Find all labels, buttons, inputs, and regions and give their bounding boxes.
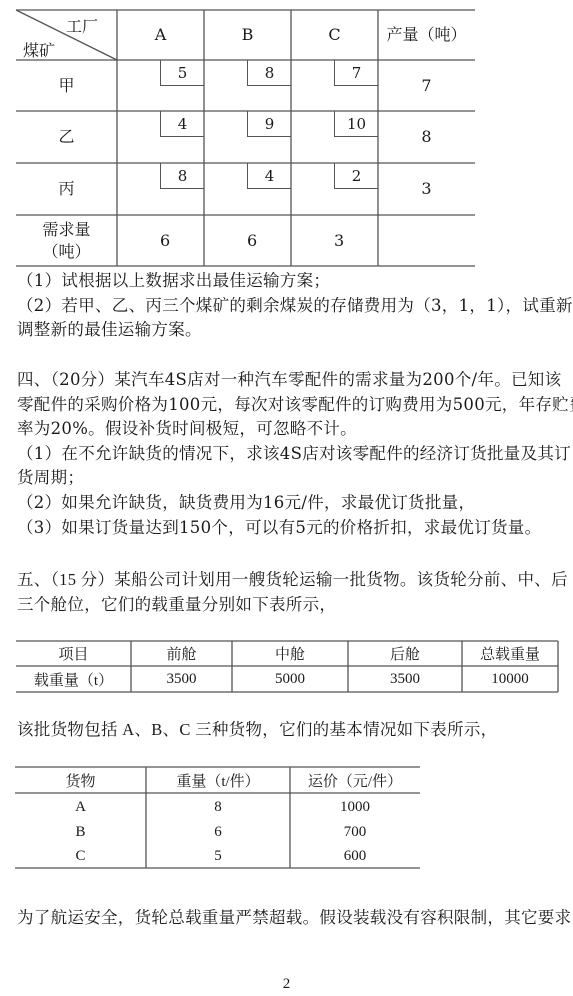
ship-header-rear: 后舱 — [348, 641, 462, 666]
q3-line-3: 调整新的最佳运输方案。 — [17, 318, 567, 343]
ship-header-total: 总载重量 — [462, 641, 558, 666]
cargo-b-weight: 6 — [146, 820, 290, 844]
cost-yi-b: 9 — [247, 111, 291, 137]
column-header-a: A — [117, 10, 204, 60]
q4-line-5: 货周期； — [17, 466, 567, 491]
output-yi: 8 — [378, 111, 475, 163]
question-3-text: （1）试根据以上数据求出最佳运输方案； （2）若甲、乙、丙三个煤矿的剩余煤炭的存… — [17, 269, 567, 343]
ship-total-capacity: 10000 — [462, 666, 558, 692]
cargo-header-freight: 运价（元/件） — [290, 767, 420, 793]
cargo-b-freight: 700 — [290, 820, 420, 844]
cargo-a-freight: 1000 — [290, 795, 420, 819]
demand-a: 6 — [117, 215, 204, 266]
cargo-a-weight: 8 — [146, 795, 290, 819]
q4-line-4: （1）在不允许缺货的情况下，求该4S店对该零配件的经济订货批量及其订 — [17, 442, 567, 467]
question-5-text: 五、（15 分）某船公司计划用一艘货轮运输一批货物。该货轮分前、中、后 三个舱位… — [17, 568, 567, 617]
cargo-header-goods: 货物 — [15, 767, 146, 793]
demand-label: 需求量 （吨） — [16, 215, 117, 266]
demand-label-line2: （吨） — [42, 241, 90, 263]
cost-jia-c: 7 — [334, 60, 378, 86]
question-4-text: 四、（20分）某汽车4S店对一种汽车零配件的需求量为200个/年。已知该 零配件… — [17, 368, 567, 540]
q4-line-3: 率为20%。假设补货时间极短，可忽略不计。 — [17, 417, 567, 442]
cost-bing-c: 2 — [334, 163, 378, 189]
ship-header-item: 项目 — [16, 641, 131, 666]
cost-yi-c: 10 — [334, 111, 378, 137]
demand-label-line1: 需求量 — [42, 219, 90, 241]
q4-line-7: （3）如果订货量达到150个，可以有5元的价格折扣，求最优订货量。 — [17, 516, 567, 541]
q5-line-2: 三个舱位，它们的载重量分别如下表所示， — [17, 593, 567, 618]
cargo-a-name: A — [15, 795, 146, 819]
cargo-c-weight: 5 — [146, 844, 290, 868]
cargo-b-name: B — [15, 820, 146, 844]
column-header-output: 产量（吨） — [378, 10, 475, 60]
row-label-bing: 丙 — [16, 163, 117, 215]
closing-text: 为了航运安全，货轮总载重量严禁超载。假设装载没有容积限制，其它要求 — [17, 906, 567, 931]
cargo-intro-text: 该批货物包括 A、B、C 三种货物，它们的基本情况如下表所示， — [17, 718, 567, 743]
column-header-b: B — [204, 10, 291, 60]
cargo-header-weight: 重量（t/件） — [146, 767, 290, 793]
q3-line-1: （1）试根据以上数据求出最佳运输方案； — [17, 269, 567, 294]
output-bing: 3 — [378, 163, 475, 215]
ship-header-front: 前舱 — [131, 641, 232, 666]
row-label-jia: 甲 — [16, 60, 117, 111]
cost-jia-b: 8 — [247, 60, 291, 86]
cargo-c-freight: 600 — [290, 844, 420, 868]
ship-middle-capacity: 5000 — [232, 666, 348, 692]
ship-rear-capacity: 3500 — [348, 666, 462, 692]
q4-line-1: 四、（20分）某汽车4S店对一种汽车零配件的需求量为200个/年。已知该 — [17, 368, 567, 393]
q4-line-2: 零配件的采购价格为100元，每次对该零配件的订购费用为500元，年存贮费 — [17, 393, 567, 418]
ship-row-label: 载重量（t） — [16, 666, 131, 692]
ship-header-middle: 中舱 — [232, 641, 348, 666]
q3-line-2: （2）若甲、乙、丙三个煤矿的剩余煤炭的存储费用为（3，1，1），试重新 — [17, 294, 567, 319]
q5-line-1: 五、（15 分）某船公司计划用一艘货轮运输一批货物。该货轮分前、中、后 — [17, 568, 567, 593]
cost-bing-b: 4 — [247, 163, 291, 189]
cargo-c-name: C — [15, 844, 146, 868]
output-jia: 7 — [378, 60, 475, 111]
demand-c: 3 — [291, 215, 378, 266]
ship-front-capacity: 3500 — [131, 666, 232, 692]
cost-jia-a: 5 — [160, 60, 204, 86]
corner-header-mine: 煤矿 — [23, 38, 55, 61]
cost-yi-a: 4 — [160, 111, 204, 137]
column-header-c: C — [291, 10, 378, 60]
demand-b: 6 — [204, 215, 291, 266]
cost-bing-a: 8 — [160, 163, 204, 189]
row-label-yi: 乙 — [16, 111, 117, 163]
corner-header-factory: 工厂 — [66, 14, 98, 37]
q4-line-6: （2）如果允许缺货，缺货费用为16元/件，求最优订货批量， — [17, 491, 567, 516]
page-number: 2 — [0, 976, 573, 993]
